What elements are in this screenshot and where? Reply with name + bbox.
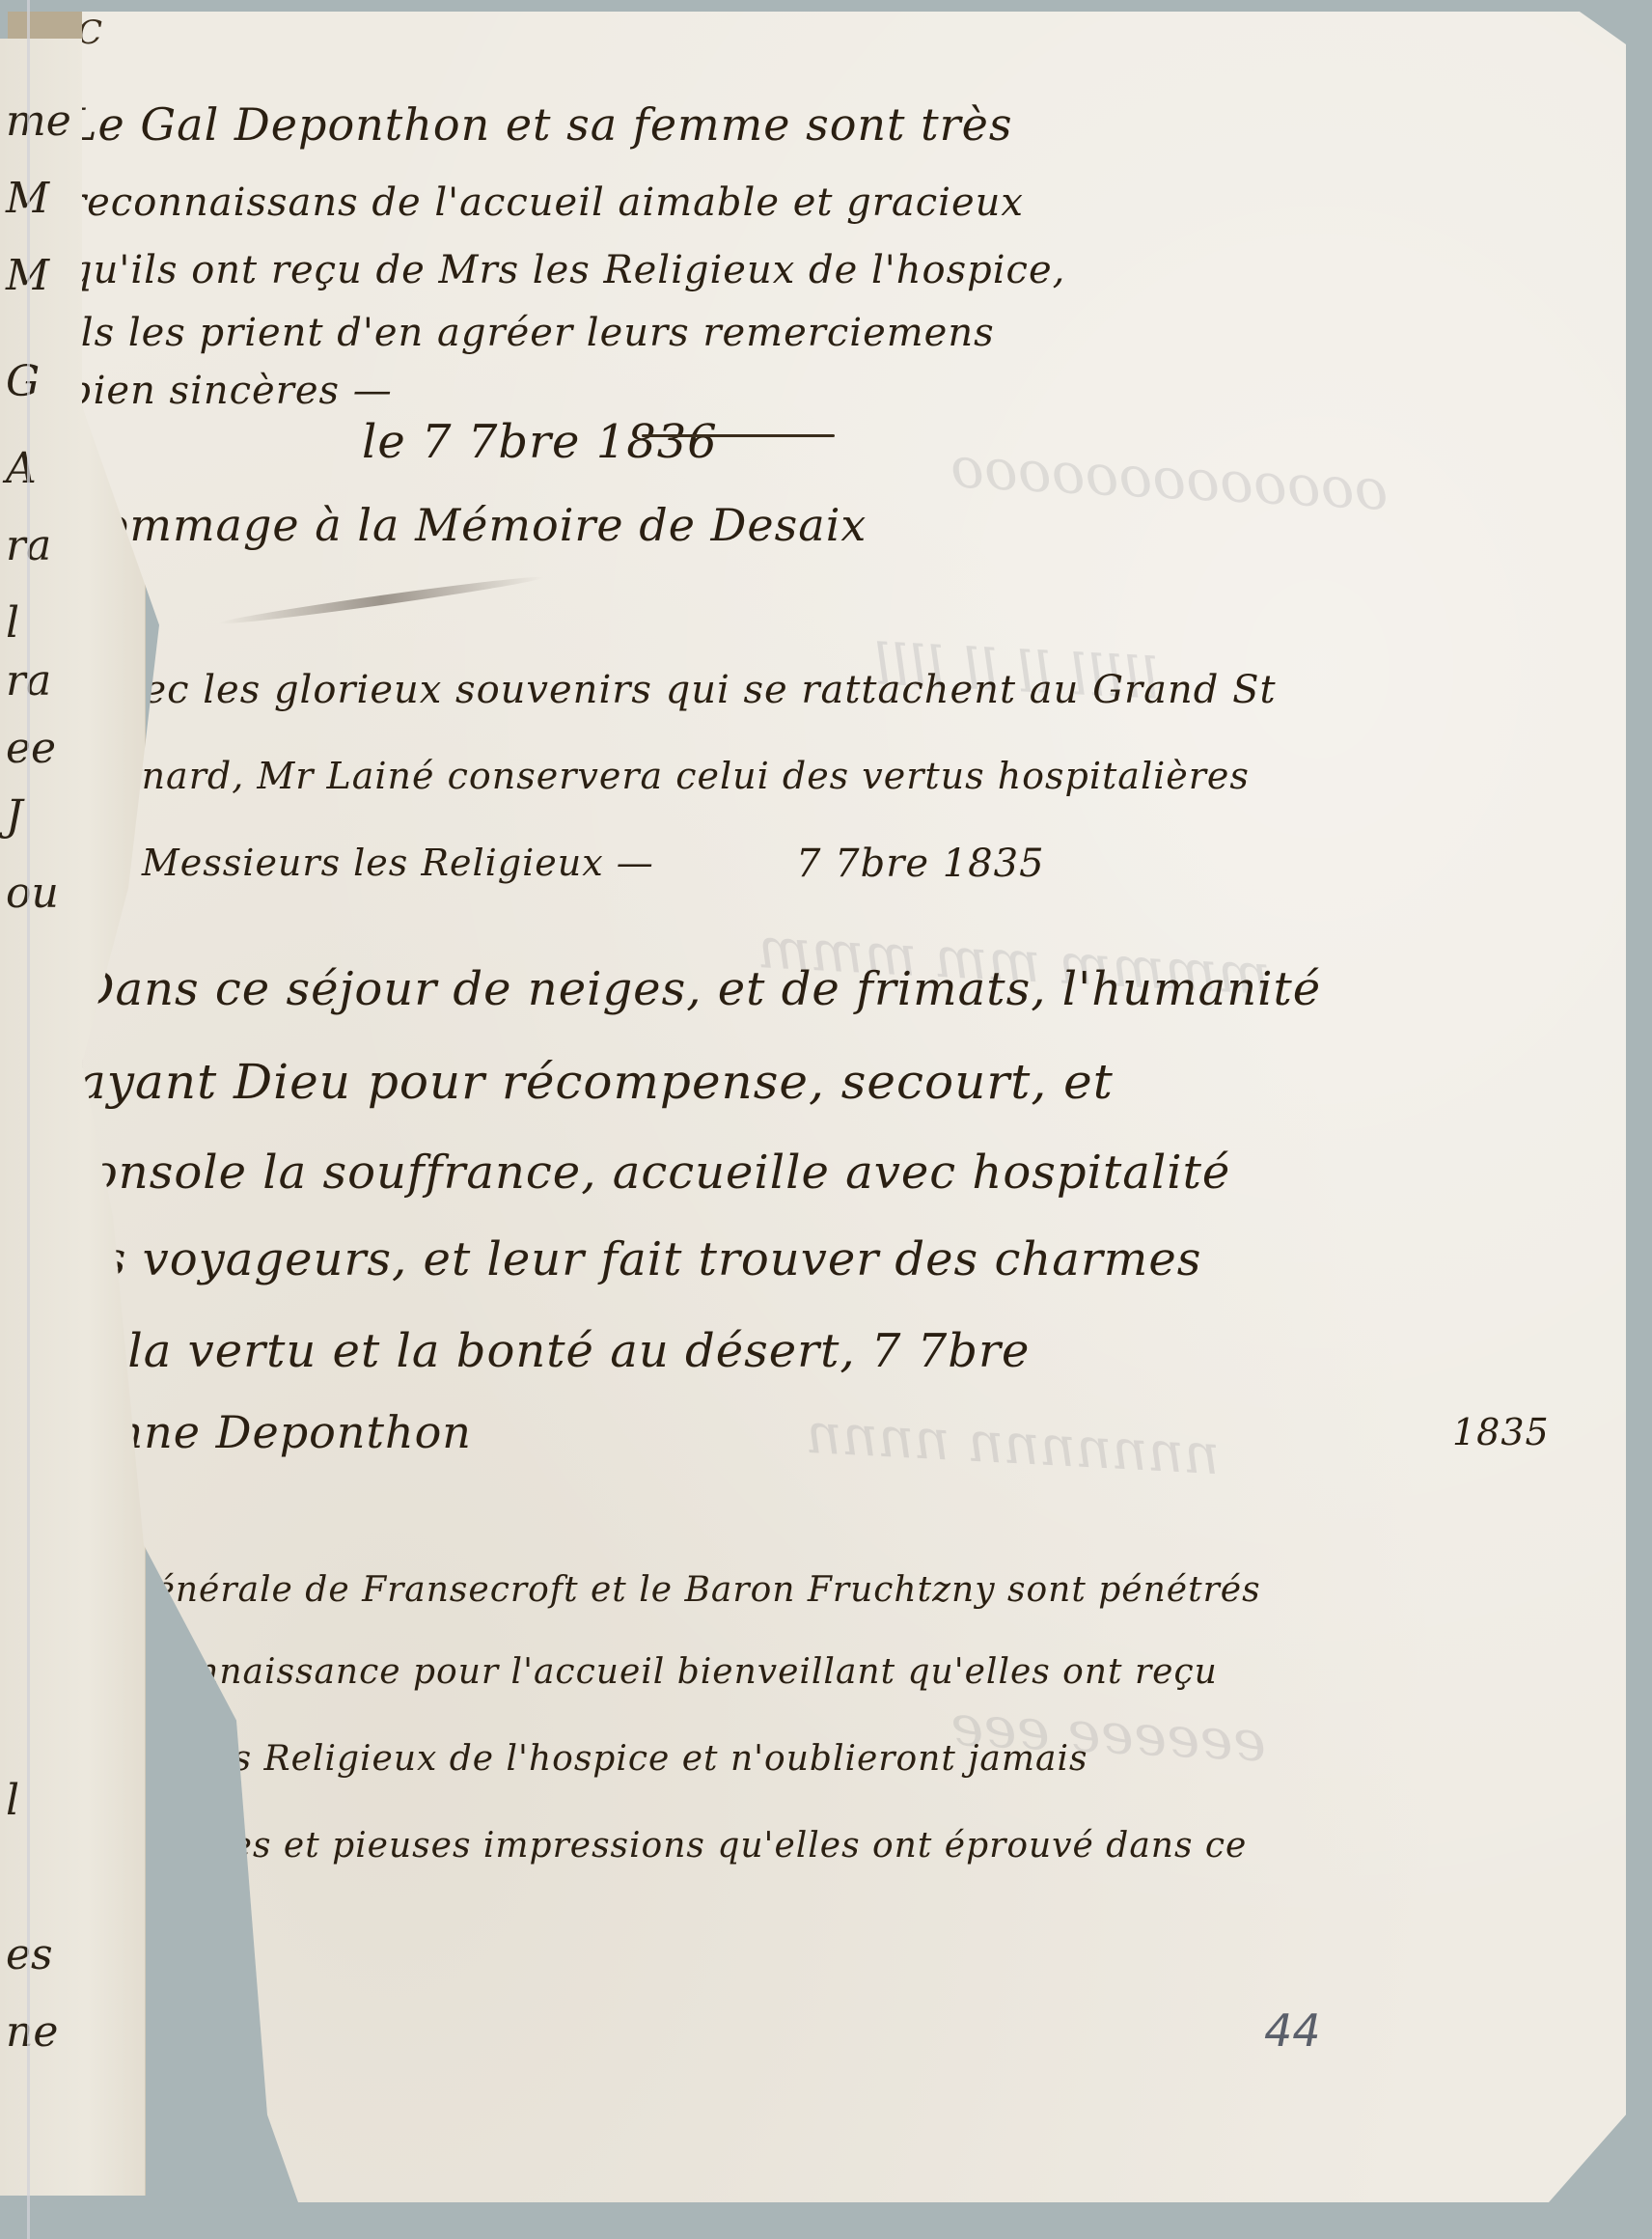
manuscript-page: ooooooooooooo lllll ll ll llll mmmm mm m… [82, 12, 1626, 2202]
entry-2-line-3: de Messieurs les Religieux — [82, 842, 654, 884]
folio-number: 44 [1264, 2004, 1321, 2057]
entry-2-line-2: Bernard, Mr Lainé conservera celui des v… [72, 755, 1250, 797]
margin-fragment: l [6, 598, 19, 648]
entry-4-line-3: de Mrs les Religieux de l'hospice et n'o… [58, 1739, 1088, 1779]
entry-1-date: le 7 7bre 1836 [362, 415, 718, 469]
entry-1-line-4: ils les prient d'en agréer leurs remerci… [68, 311, 995, 355]
entry-4-line-2: de reconnaissance pour l'accueil bienvei… [58, 1652, 1218, 1692]
margin-fragment: A [6, 444, 37, 493]
margin-fragment: G [6, 357, 40, 406]
date-underline [642, 434, 835, 437]
scan-stage: me M M G A ra l ra ee J ou l es ne ooooo… [0, 0, 1652, 2239]
margin-fragment: J [6, 791, 23, 841]
entry-4-line-1: La Générale de Fransecroft et le Baron F… [68, 1570, 1261, 1610]
entry-3-line-4: les voyageurs, et leur fait trouver des … [58, 1232, 1201, 1286]
bleed-through-text: nnnnnnn nnnn [805, 1400, 1222, 1487]
bleed-through-text: ooooooooooooo [950, 434, 1390, 523]
entry-1-line-3: qu'ils ont reçu de Mrs les Religieux de … [68, 248, 1065, 292]
entry-2-heading: hommage à la Mémoire de Desaix [72, 499, 867, 551]
entry-1-line-2: reconnaissans de l'accueil aimable et gr… [68, 180, 1024, 225]
margin-fragment: ee [6, 724, 56, 773]
entry-3-line-5: de la vertu et la bonté au désert, 7 7br… [53, 1324, 1030, 1378]
margin-fragment: l [6, 1776, 19, 1825]
entry-3-line-2: ayant Dieu pour récompense, secourt, et [77, 1054, 1114, 1110]
margin-fragment: ne [6, 2007, 58, 2057]
entry-3-line-1: Dans ce séjour de neiges, et de frimats,… [77, 962, 1321, 1016]
entry-3-line-3: console la souffrance, accueille avec ho… [63, 1146, 1230, 1200]
entry-2-date: 7 7bre 1835 [796, 842, 1045, 886]
entry-2-line-1: avec les glorieux souvenirs qui se ratta… [96, 668, 1277, 712]
margin-fragment: ou [6, 869, 59, 918]
margin-fragment: me [6, 97, 71, 146]
entry-1-line-5: bien sincères — [68, 369, 393, 413]
entry-3-year: 1835 [1452, 1411, 1550, 1453]
ink-flourish [218, 572, 544, 627]
binding-thread [27, 0, 30, 2239]
entry-1-line-1: Le Gal Deponthon et sa femme sont très [68, 98, 1012, 151]
entry-4-line-4: les grandes et pieuses impressions qu'el… [58, 1826, 1247, 1866]
